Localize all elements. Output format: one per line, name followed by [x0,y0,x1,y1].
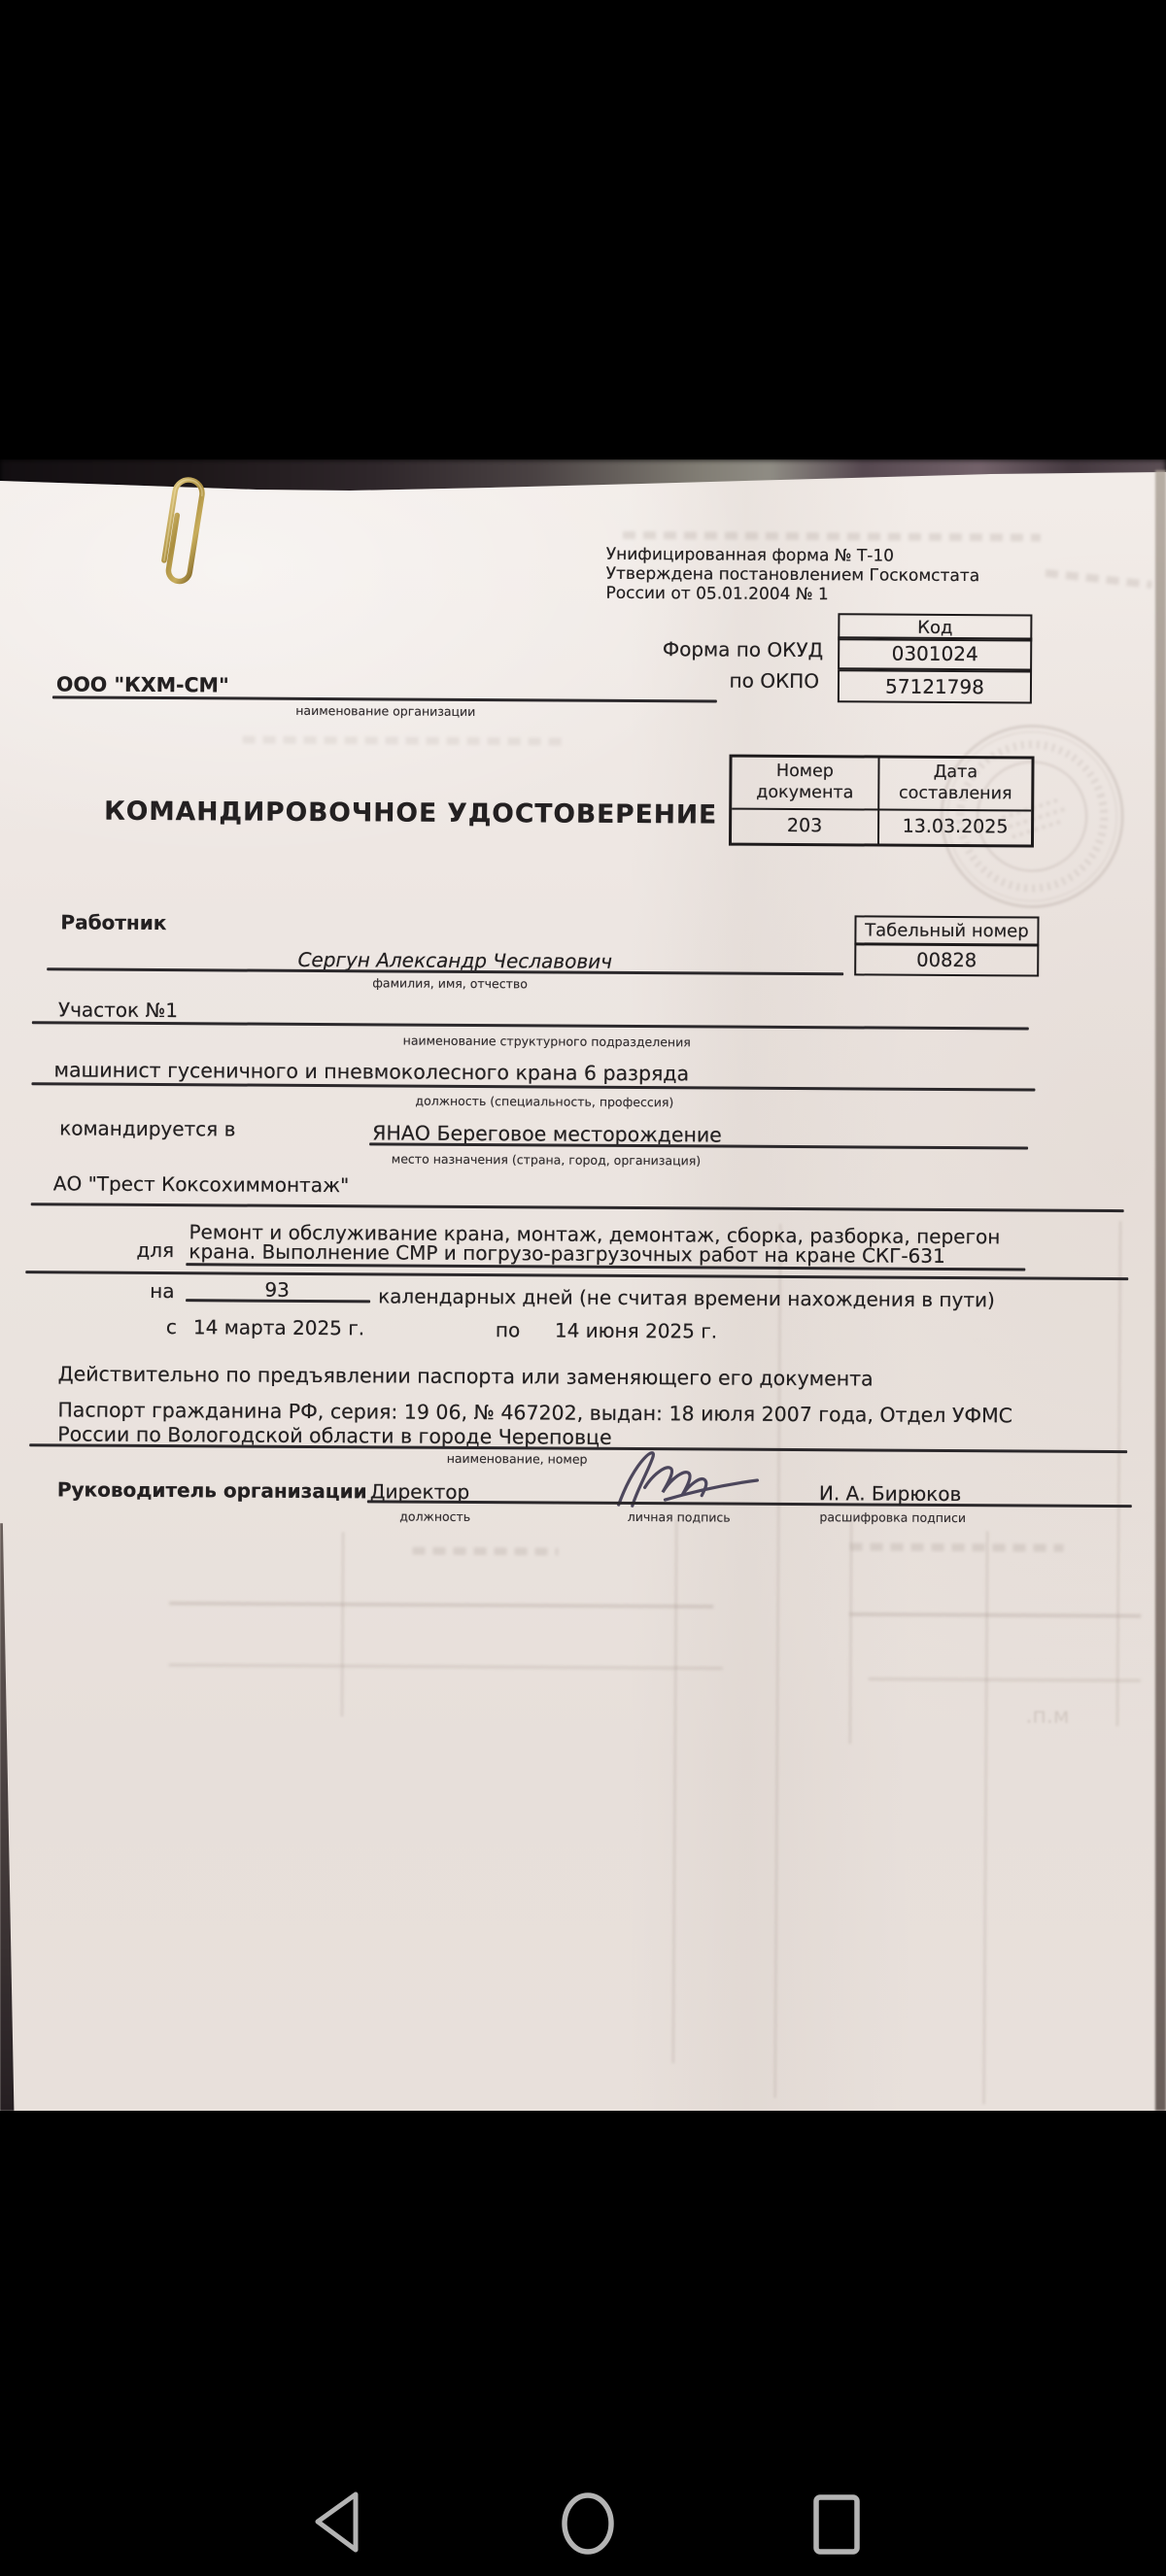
date-from-value: 14 марта 2025 г. [193,1315,364,1340]
okud-value: 0301024 [892,642,978,666]
bleedthrough-ghost [623,531,1041,542]
form-header-line3: России от 05.01.2004 № 1 [605,584,828,606]
trip-label: командируется в [59,1116,235,1141]
nav-recents-button[interactable] [812,2493,861,2556]
trip-host-org: АО "Трест Коксохиммонтаж" [53,1171,350,1198]
validity-text: Действительно по предъявлении паспорта и… [58,1362,874,1392]
nav-back-button[interactable] [311,2490,361,2558]
back-triangle-icon [318,2494,356,2550]
signature-caption: личная подпись [628,1509,731,1525]
bleedthrough-ghost [982,1531,988,2104]
department-value: Участок №1 [58,998,178,1023]
organization-name: ООО "КХМ-СМ" [56,672,229,698]
okpo-value-cell: 57121798 [838,669,1032,703]
tab-number-value: 00828 [916,949,977,971]
okud-label: Форма по ОКУД [622,637,823,662]
bleedthrough-mp-ghost: м.п. [1025,1704,1069,1728]
passport-caption: наименование, номер [447,1451,588,1467]
head-name: И. А. Бирюков [819,1481,962,1507]
head-position-caption: должность [399,1509,470,1524]
okud-value-cell: 0301024 [838,636,1032,670]
doc-number-value: 203 [732,810,877,844]
code-header-label: Код [917,617,952,637]
home-circle-icon [565,2495,611,2552]
doc-number-header: Номер документа [732,758,877,809]
tab-number-header-cell: Табельный номер [854,915,1039,945]
bleedthrough-ghost [849,1612,1141,1617]
recents-square-icon [816,2497,857,2552]
department-caption: наименование структурного подразделения [403,1034,691,1050]
organization-caption: наименование организации [295,703,475,719]
bleedthrough-ghost [169,1602,713,1608]
duration-caption: календарных дней (не считая времени нахо… [378,1284,995,1312]
bleedthrough-ghost [671,1519,677,2063]
doc-date-value: 13.03.2025 [877,811,1031,845]
paperclip [142,462,229,608]
bleedthrough-ghost [1046,569,1152,589]
bleedthrough-ghost [340,1532,344,1716]
bleedthrough-ghost [413,1547,559,1556]
bleedthrough-ghost [848,1520,852,1744]
doc-meta-table: Номер документа Дата составления 203 13.… [729,755,1035,848]
nav-home-button[interactable] [560,2491,616,2557]
bleedthrough-ghost [850,1542,1064,1551]
bleedthrough-ghost [773,1224,781,2098]
worker-name-caption: фамилия, имя, отчество [372,975,528,991]
phone-screenshot: м.п. Унифицированная форма № Т-10 Утверж… [0,0,1166,2576]
date-to-label: по [496,1318,520,1342]
trip-host-org-underline [31,1203,1124,1211]
bleedthrough-ghost [169,1664,723,1669]
purpose-label: для [136,1238,174,1263]
top-black-bar [0,0,1166,459]
doc-meta-header-row: Номер документа Дата составления [732,758,1031,810]
tab-number-value-cell: 00828 [854,943,1039,976]
date-to-value: 14 июня 2025 г. [555,1319,717,1344]
head-name-caption: расшифровка подписи [819,1509,966,1525]
doc-meta-value-row: 203 13.03.2025 [732,808,1031,845]
department-underline [32,1021,1029,1030]
duration-label: на [150,1279,174,1304]
position-caption: должность (специальность, профессия) [415,1094,673,1110]
tab-number-header: Табельный номер [865,920,1029,941]
date-from-label: с [166,1315,177,1339]
okpo-value: 57121798 [885,675,984,699]
bleedthrough-ghost [869,1678,1141,1681]
bleedthrough-ghost [243,736,564,746]
worker-label: Работник [60,910,166,935]
document-title: КОМАНДИРОВОЧНОЕ УДОСТОВЕРЕНИЕ [104,796,717,831]
organization-underline [52,695,717,702]
doc-date-header: Дата составления [877,759,1031,810]
trip-destination-caption: место назначения (страна, город, организ… [392,1151,701,1168]
bleedthrough-ghost [1115,1221,1121,1726]
okpo-label: по ОКПО [622,668,819,694]
head-label: Руководитель организации [57,1477,367,1504]
